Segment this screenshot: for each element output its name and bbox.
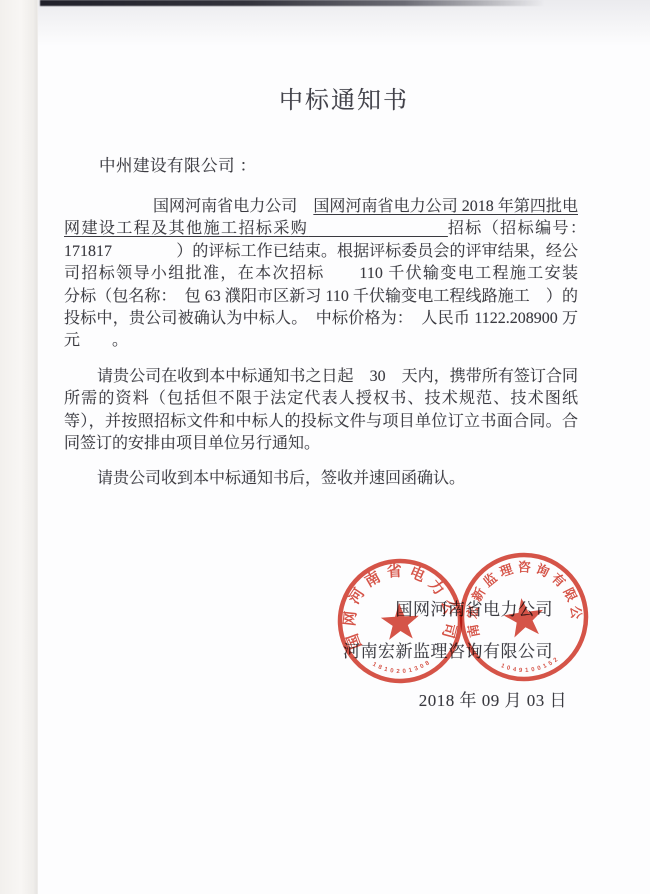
scan-shade-top <box>38 0 650 46</box>
document-page: 中标通知书 中州建设有限公司 ： 国网河南省电力公司 国网河南省电力公司 201… <box>0 0 650 894</box>
star-icon <box>380 602 420 640</box>
underline-blank <box>308 220 448 237</box>
official-seal-right: 河南宏新监理咨询有限公司 1049100152 <box>443 536 606 699</box>
svg-text:1049100152: 1049100152 <box>499 655 563 678</box>
paragraph-contract-instructions: 请贵公司在收到本中标通知书之日起 30 天内，携带所有签订合同所需的资料（包括但… <box>64 366 578 456</box>
paragraph-award-result: 国网河南省电力公司 国网河南省电力公司 2018 年第四批电网建设工程及其他施工… <box>64 196 578 353</box>
paragraph-confirmation-request: 请贵公司收到本中标通知书后，签收并速回函确认。 <box>64 468 578 490</box>
addressee-line: 中州建设有限公司 ： <box>99 152 257 176</box>
award-details-text: 招标（招标编号： 171817 ）的评标工作已结束。根据评标委员会的评审结果，经… <box>64 220 610 349</box>
scan-edge-top <box>40 0 560 6</box>
scan-edge-left <box>0 0 38 894</box>
document-title: 中标通知书 <box>38 80 650 115</box>
awarder-name: 国网河南省电力公司 <box>153 198 313 215</box>
star-icon <box>502 595 547 638</box>
seal-serial-number: 1049100152 <box>499 655 563 678</box>
